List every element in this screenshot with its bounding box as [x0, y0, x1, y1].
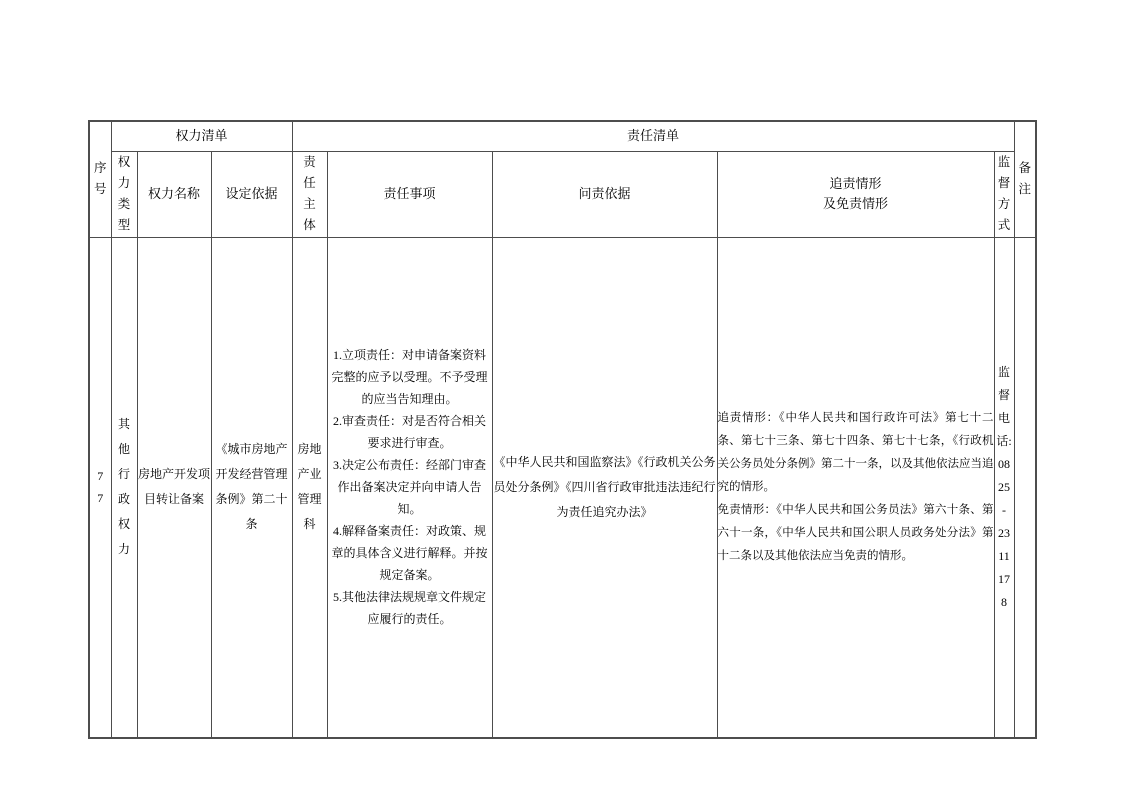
header-supervision-method: 监 督 方 式: [994, 151, 1014, 237]
cell-responsible-body: 房地产业管理科: [292, 237, 327, 738]
table-row: 7 7 其 他 行 政 权 力 房地产开发项目转让备案 《城市房地产开发经营管理…: [89, 237, 1036, 738]
cell-remarks: [1014, 237, 1036, 738]
header-power-name: 权力名称: [137, 151, 211, 237]
header-group-power-list: 权力清单: [111, 121, 292, 151]
cell-accountability-basis: 《中华人民共和国监察法》《行政机关公务员处分条例》《四川省行政审批违法违纪行为责…: [492, 237, 717, 738]
cell-power-name: 房地产开发项目转让备案: [137, 237, 211, 738]
header-pursuit-exemption-situations: 追责情形 及免责情形: [717, 151, 994, 237]
header-remarks: 备 注: [1014, 121, 1036, 237]
header-setting-basis: 设定依据: [211, 151, 292, 237]
header-duty-items: 责任事项: [327, 151, 492, 237]
exemption-situations-text: 免责情形：《中华人民共和国公务员法》第六十条、第六十一条，《中华人民共和国公职人…: [718, 499, 994, 568]
header-serial-number: 序 号: [89, 121, 111, 237]
cell-supervision-phone: 监 督 电 话: 08 25 - 23 11 17 8: [994, 237, 1014, 738]
header-accountability-basis: 问责依据: [492, 151, 717, 237]
header-group-responsibility-list: 责任清单: [292, 121, 1014, 151]
cell-serial-number: 7 7: [89, 237, 111, 738]
cell-pursuit-exemption: 追责情形：《中华人民共和国行政许可法》第七十二条、第七十三条、第七十四条、第七十…: [717, 237, 994, 738]
power-responsibility-table: 序 号 权力清单 责任清单 备 注 权 力 类 型 权力名称 设定依据 责 任 …: [88, 120, 1037, 739]
header-responsible-body: 责 任 主 体: [292, 151, 327, 237]
cell-setting-basis: 《城市房地产开发经营管理条例》第二十条: [211, 237, 292, 738]
pursuit-situations-text: 追责情形：《中华人民共和国行政许可法》第七十二条、第七十三条、第七十四条、第七十…: [718, 407, 994, 499]
document-page: 序 号 权力清单 责任清单 备 注 权 力 类 型 权力名称 设定依据 责 任 …: [0, 0, 1122, 793]
cell-power-type: 其 他 行 政 权 力: [111, 237, 137, 738]
header-power-type: 权 力 类 型: [111, 151, 137, 237]
cell-duty-items: 1.立项责任：对申请备案资料完整的应予以受理。不予受理的应当告知理由。 2.审查…: [327, 237, 492, 738]
